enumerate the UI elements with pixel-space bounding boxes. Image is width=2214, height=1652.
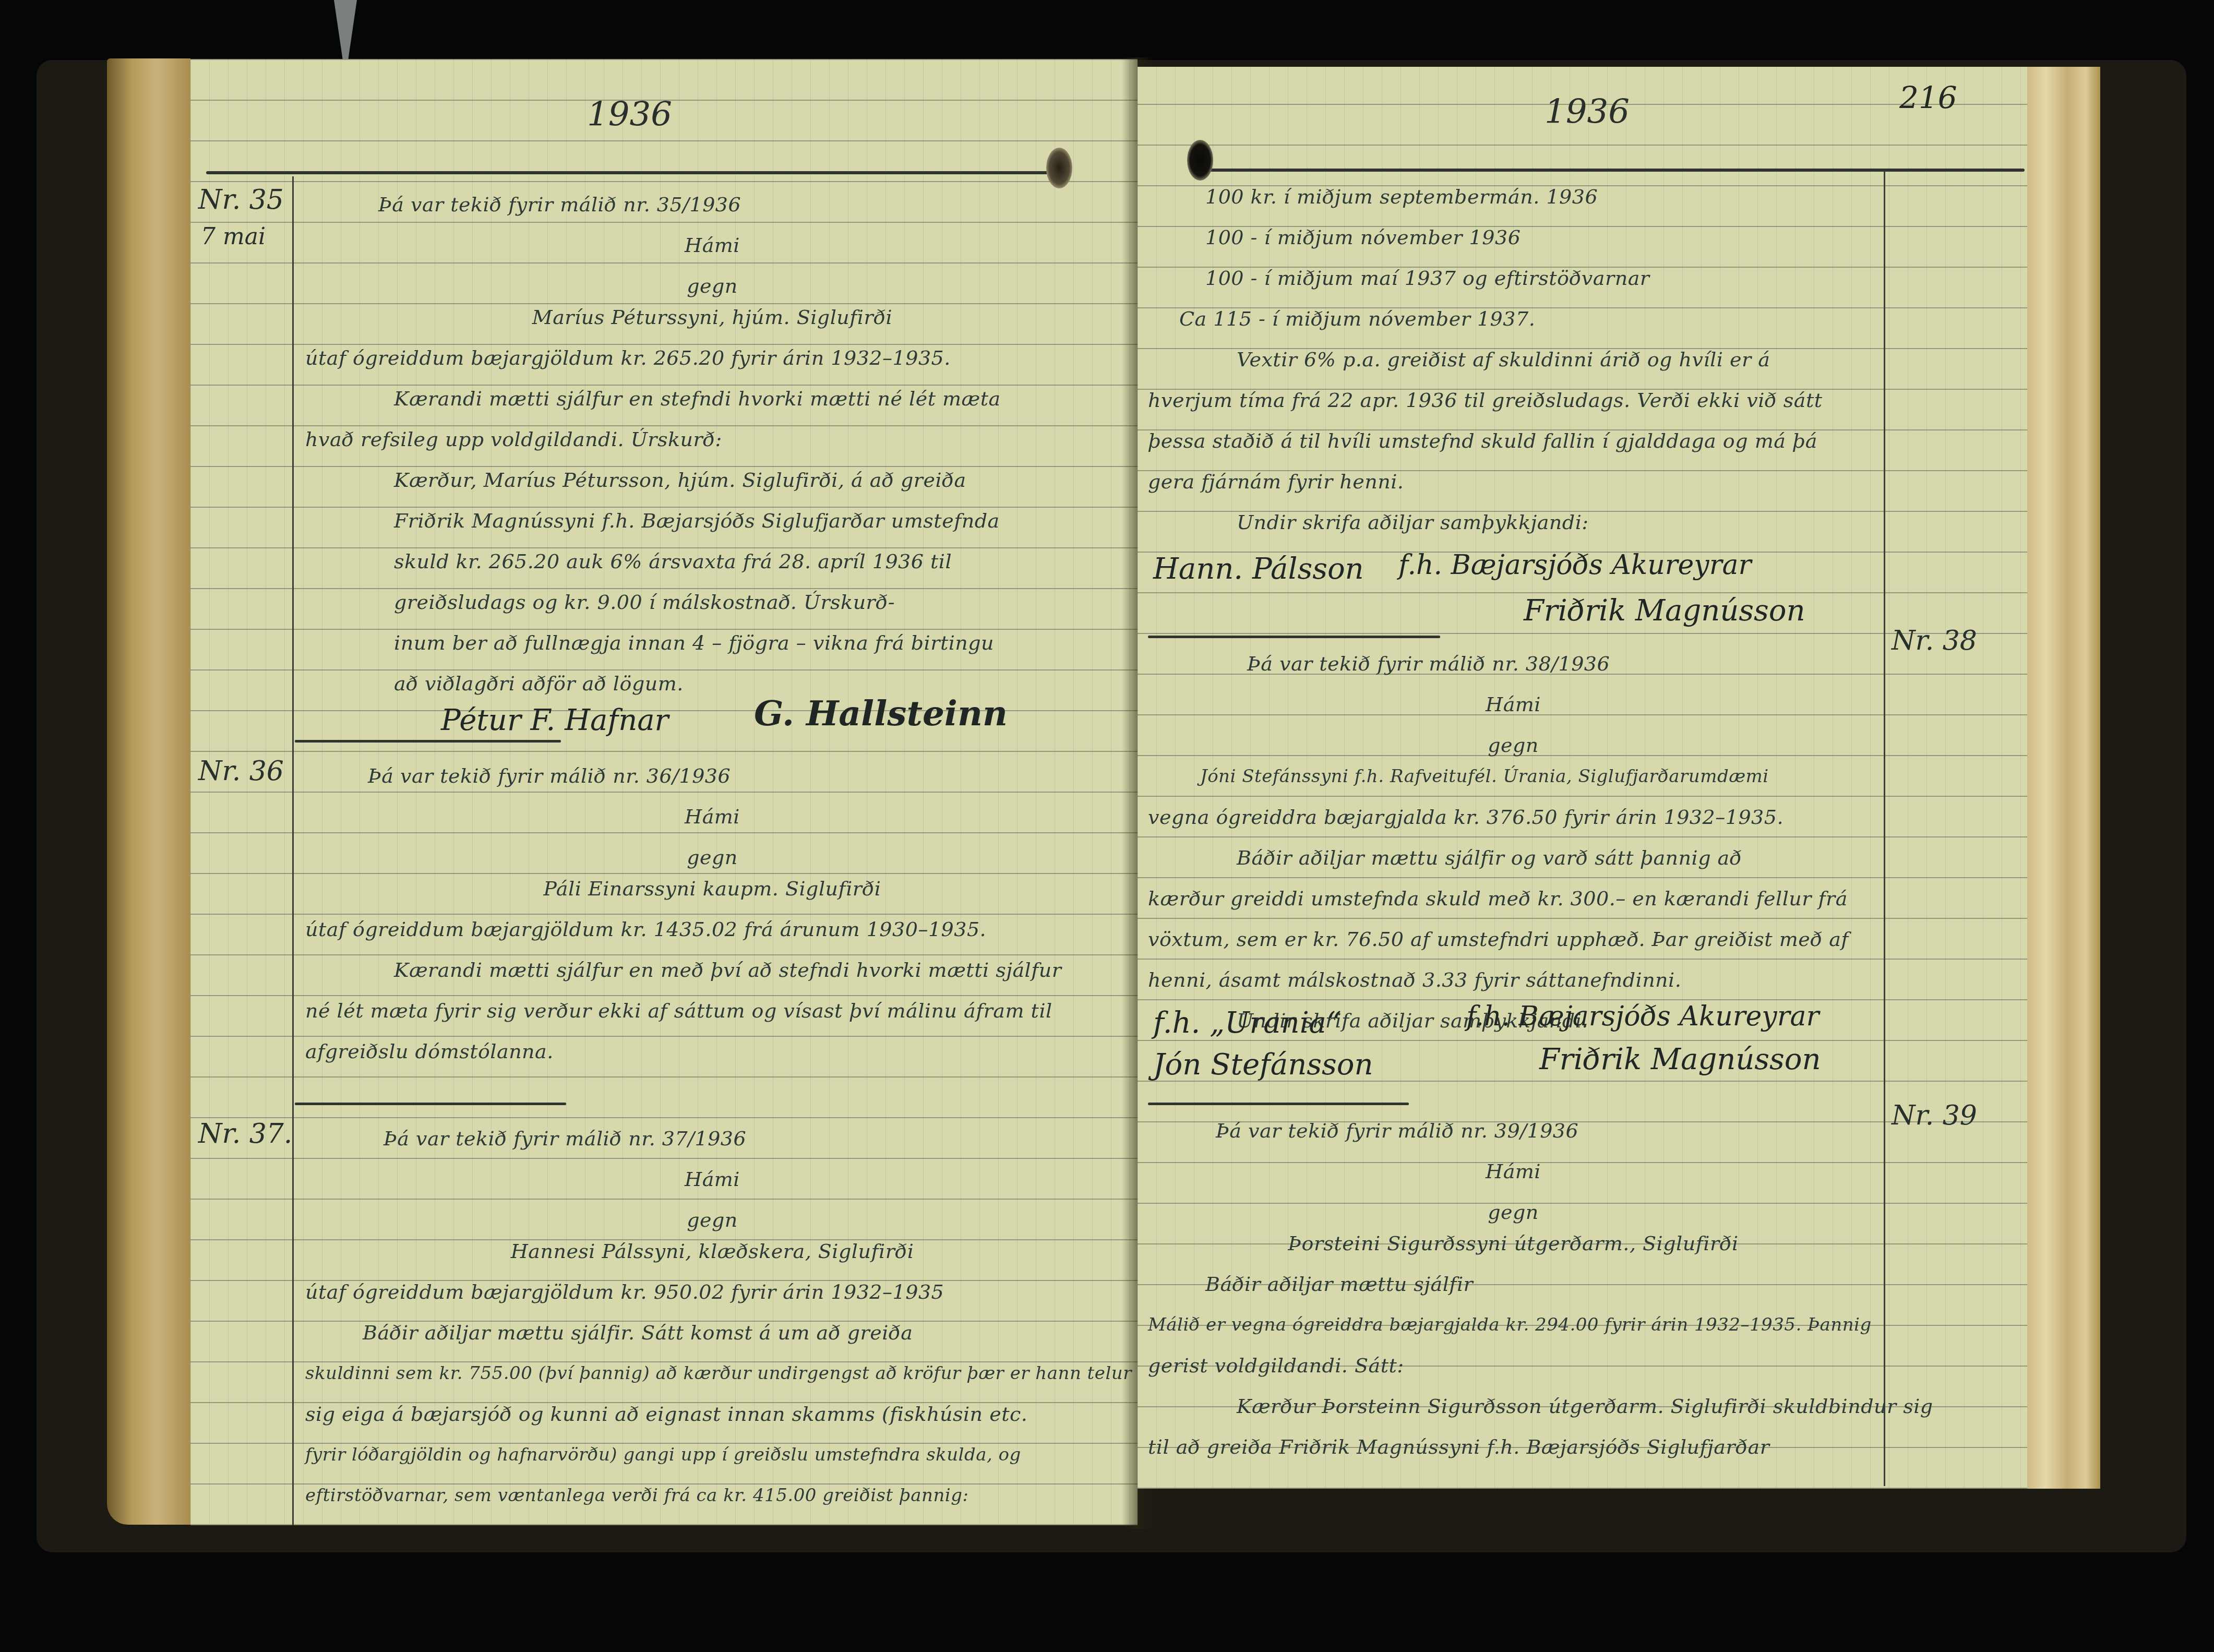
defendant: Jóni Stefánssyni f.h. Rafveitufél. Úrani… bbox=[1148, 756, 1878, 797]
versus-label: gegn bbox=[1148, 1192, 1878, 1223]
case-number: Nr. 35 bbox=[198, 184, 284, 216]
entry-line: eftirstöðvarnar, sem væntanlega verði fr… bbox=[305, 1475, 1119, 1516]
entry-line: né lét mæta fyrir sig verður ekki af sát… bbox=[305, 990, 1119, 1031]
entry-line: afgreiðslu dómstólanna. bbox=[305, 1031, 1119, 1072]
entry-heading: Þá var tekið fyrir málið nr. 38/1936 bbox=[1148, 643, 1878, 684]
payment-amount: Ca 115 - bbox=[1179, 307, 1265, 330]
year-header: 1936 bbox=[587, 95, 672, 134]
entry-separator bbox=[1148, 636, 1440, 638]
entry-line: Báðir aðiljar mættu sjálfir og varð sátt… bbox=[1148, 837, 1878, 878]
entry-line: þessa staðið á til hvíli umstefnd skuld … bbox=[1148, 421, 1873, 461]
case-entry-36: Þá var tekið fyrir málið nr. 36/1936 Hám… bbox=[305, 756, 1119, 1072]
entry-line: Báðir aðiljar mættu sjálfir. Sátt komst … bbox=[305, 1312, 1119, 1353]
case-37-continuation: 100 kr. í miðjum septembermán. 1936 100 … bbox=[1148, 176, 1873, 543]
plaintiff: Hámi bbox=[305, 225, 1119, 266]
entry-line: vöxtum, sem er kr. 76.50 af umstefndri u… bbox=[1148, 919, 1878, 960]
entry-line: Vextir 6% p.a. greiðist af skuldinni ári… bbox=[1148, 339, 1873, 380]
entry-line: skuldinni sem kr. 755.00 (því þannig) að… bbox=[305, 1353, 1119, 1394]
entry-line: Báðir aðiljar mættu sjálfir bbox=[1148, 1264, 1878, 1304]
entry-heading: Þá var tekið fyrir málið nr. 37/1936 bbox=[305, 1118, 1119, 1159]
entry-line: kærður greiddi umstefnda skuld með kr. 3… bbox=[1148, 878, 1878, 919]
entry-line: Kærður Þorsteinn Sigurðsson útgerðarm. S… bbox=[1148, 1386, 1878, 1427]
defendant: Páli Einarssyni kaupm. Siglufirði bbox=[305, 868, 1119, 909]
folio-number: 216 bbox=[1899, 80, 1957, 115]
case-entry-35: Þá var tekið fyrir málið nr. 35/1936 Hám… bbox=[305, 184, 1119, 704]
case-number: Nr. 37. bbox=[198, 1118, 292, 1150]
entry-line: til að greiða Friðrik Magnússyni f.h. Bæ… bbox=[1148, 1427, 1878, 1467]
entry-separator bbox=[295, 740, 561, 743]
payment-term: í miðjum nóvember 1936 bbox=[1264, 226, 1521, 249]
case-date: 7 mai bbox=[201, 223, 266, 250]
margin-rule bbox=[1884, 171, 1885, 1486]
year-header: 1936 bbox=[1545, 93, 1630, 131]
entry-line: sig eiga á bæjarsjóð og kunni að eignast… bbox=[305, 1394, 1119, 1434]
entry-line: útaf ógreiddum bæjargjöldum kr. 950.02 f… bbox=[305, 1272, 1119, 1312]
versus-label: gegn bbox=[1148, 725, 1878, 756]
margin-rule bbox=[292, 176, 294, 1525]
entry-line: Friðrik Magnússyni f.h. Bæjarsjóðs Siglu… bbox=[305, 500, 1119, 541]
defendant: Maríus Péturssyni, hjúm. Siglufirði bbox=[305, 297, 1119, 338]
entry-line: greiðsludags og kr. 9.00 í málskostnað. … bbox=[305, 582, 1119, 623]
entry-heading: Þá var tekið fyrir málið nr. 36/1936 bbox=[305, 756, 1119, 796]
entry-line: útaf ógreiddum bæjargjöldum kr. 265.20 f… bbox=[305, 338, 1119, 378]
case-entry-38: Þá var tekið fyrir málið nr. 38/1936 Hám… bbox=[1148, 643, 1878, 1041]
entry-line: Kærandi mætti sjálfur en með því að stef… bbox=[305, 950, 1119, 990]
payment-term: í miðjum septembermán. 1936 bbox=[1284, 185, 1598, 208]
entry-heading: Þá var tekið fyrir málið nr. 39/1936 bbox=[1148, 1110, 1878, 1151]
entry-line: Undir skrifa aðiljar samþykkjandi: bbox=[1148, 502, 1873, 543]
signature-representative: Friðrik Magnússon bbox=[1539, 1043, 1821, 1076]
payment-row: 100 - í miðjum maí 1937 og eftirstöðvarn… bbox=[1148, 258, 1873, 298]
versus-label: gegn bbox=[305, 837, 1119, 868]
defendant: Hannesi Pálssyni, klæðskera, Siglufirði bbox=[305, 1231, 1119, 1272]
entry-line: Málið er vegna ógreiddra bæjargjalda kr.… bbox=[1148, 1304, 1878, 1345]
payment-row: Ca 115 - í miðjum nóvember 1937. bbox=[1148, 298, 1873, 339]
signature-org: f.h. Bæjarsjóðs Akureyrar bbox=[1398, 549, 1751, 581]
case-number: Nr. 39 bbox=[1892, 1100, 1977, 1131]
case-entry-37: Þá var tekið fyrir málið nr. 37/1936 Hám… bbox=[305, 1118, 1119, 1516]
header-rule bbox=[206, 171, 1070, 174]
binding-punch-hole bbox=[1046, 148, 1072, 188]
signature-representative: Friðrik Magnússon bbox=[1524, 594, 1805, 628]
signature-judge: Pétur F. Hafnar bbox=[441, 703, 668, 737]
payment-term: í miðjum maí 1937 og eftirstöðvarnar bbox=[1264, 267, 1650, 290]
entry-separator bbox=[295, 1103, 566, 1105]
case-entry-39: Þá var tekið fyrir málið nr. 39/1936 Hám… bbox=[1148, 1110, 1878, 1467]
entry-line: Kærður, Maríus Pétursson, hjúm. Siglufir… bbox=[305, 460, 1119, 500]
entry-line: gerist voldgildandi. Sátt: bbox=[1148, 1345, 1878, 1386]
right-page: 1936 216 100 kr. í miðjum septembermán. … bbox=[1138, 67, 2027, 1489]
payment-amount: 100 - bbox=[1205, 226, 1258, 249]
entry-line: gera fjárnám fyrir henni. bbox=[1148, 461, 1873, 502]
left-page: 1936 Nr. 35 7 mai Þá var tekið fyrir mál… bbox=[190, 59, 1138, 1525]
entry-line: Kærandi mætti sjálfur en stefndi hvorki … bbox=[305, 378, 1119, 419]
entry-line: skuld kr. 265.20 auk 6% ársvaxta frá 28.… bbox=[305, 541, 1119, 582]
right-page-edges bbox=[2027, 67, 2100, 1489]
entry-line: henni, ásamt málskostnað 3.33 fyrir sátt… bbox=[1148, 960, 1878, 1000]
entry-line: fyrir lóðargjöldin og hafnarvörðu) gangi… bbox=[305, 1434, 1119, 1475]
versus-label: gegn bbox=[305, 1200, 1119, 1231]
header-rule bbox=[1190, 169, 2025, 172]
plaintiff: Hámi bbox=[1148, 1151, 1878, 1192]
payment-amount: 100 kr. bbox=[1205, 185, 1277, 208]
payment-term: í miðjum nóvember 1937. bbox=[1272, 307, 1535, 330]
entry-line: inum ber að fullnægja innan 4 – fjögra –… bbox=[305, 623, 1119, 663]
versus-label: gegn bbox=[305, 266, 1119, 297]
case-number: Nr. 36 bbox=[198, 756, 284, 787]
payment-row: 100 kr. í miðjum septembermán. 1936 bbox=[1148, 176, 1873, 217]
case-number: Nr. 38 bbox=[1892, 625, 1977, 656]
left-page-edges bbox=[107, 58, 190, 1525]
plaintiff: Hámi bbox=[1148, 684, 1878, 725]
signature-org: f.h. Bæjarsjóðs Akureyrar bbox=[1466, 1001, 1819, 1032]
payment-row: 100 - í miðjum nóvember 1936 bbox=[1148, 217, 1873, 258]
entry-heading: Þá var tekið fyrir málið nr. 35/1936 bbox=[305, 184, 1119, 225]
entry-separator bbox=[1148, 1103, 1409, 1105]
payment-amount: 100 - bbox=[1205, 267, 1258, 290]
signature-witness: G. Hallsteinn bbox=[754, 693, 1008, 734]
signature-defendant: Jón Stefánsson bbox=[1153, 1048, 1373, 1082]
plaintiff: Hámi bbox=[305, 1159, 1119, 1200]
signature-defendant: Hann. Pálsson bbox=[1153, 552, 1364, 586]
entry-line: útaf ógreiddum bæjargjöldum kr. 1435.02 … bbox=[305, 909, 1119, 950]
plaintiff: Hámi bbox=[305, 796, 1119, 837]
binding-punch-hole bbox=[1187, 140, 1213, 181]
defendant: Þorsteini Sigurðssyni útgerðarm., Sigluf… bbox=[1148, 1223, 1878, 1264]
entry-line: vegna ógreiddra bæjargjalda kr. 376.50 f… bbox=[1148, 797, 1878, 837]
entry-line: hvað refsileg upp voldgildandi. Úrskurð: bbox=[305, 419, 1119, 460]
signature-org: f.h. „Urania“ bbox=[1153, 1006, 1342, 1040]
entry-line: hverjum tíma frá 22 apr. 1936 til greiðs… bbox=[1148, 380, 1873, 421]
